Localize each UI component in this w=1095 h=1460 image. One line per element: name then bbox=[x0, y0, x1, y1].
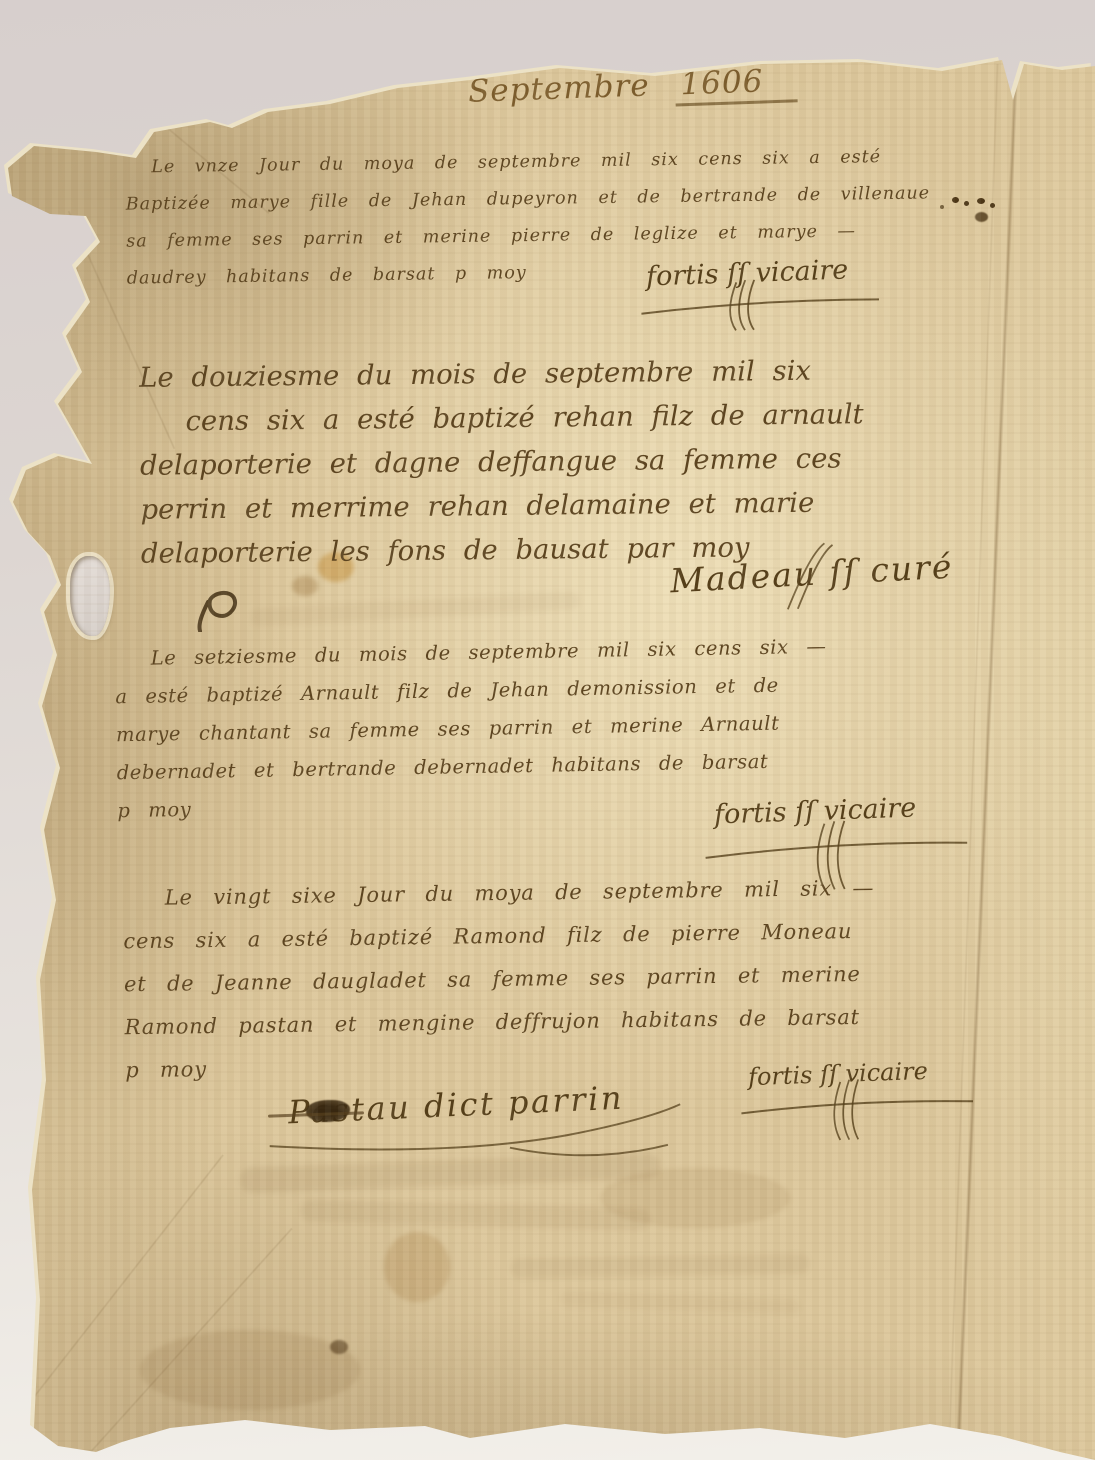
ink-dot bbox=[990, 203, 995, 208]
manuscript-page: Septembre 1606 Le vnze Jour du moya de s… bbox=[0, 0, 1095, 1460]
page-title: Septembre 1606 bbox=[467, 62, 797, 109]
baptism-entry-4: Le vingt sixe Jour du moya de septembre … bbox=[123, 867, 877, 1092]
bleedthrough-ghost-text bbox=[250, 591, 580, 626]
bleedthrough-ghost-text bbox=[300, 1199, 650, 1230]
ink-dot bbox=[940, 205, 944, 209]
bleedthrough-ghost-text bbox=[560, 1291, 800, 1315]
ink-dot bbox=[952, 197, 959, 203]
vicar-signature-3: fortis ſſ vicaire bbox=[748, 1057, 929, 1091]
manuscript-line: perrin et merrime rehan delamaine et mar… bbox=[140, 480, 865, 532]
manuscript-line: Le douziesme du mois de septembre mil si… bbox=[139, 348, 864, 400]
ink-dot bbox=[964, 201, 969, 206]
stain bbox=[292, 576, 318, 596]
paper-hole bbox=[70, 556, 110, 636]
ink-dot bbox=[975, 212, 988, 222]
manuscript-line: delaporterie et dagne deffangue sa femme… bbox=[140, 436, 865, 488]
vicar-signature-2: fortis ſſ vicaire bbox=[714, 792, 917, 830]
photo-backdrop: Septembre 1606 Le vnze Jour du moya de s… bbox=[0, 0, 1095, 1460]
vertical-fold-crease-soft bbox=[948, 64, 999, 1443]
bleedthrough-ghost-text bbox=[240, 1153, 661, 1194]
ink-speck bbox=[330, 1340, 348, 1354]
bleedthrough-ghost-text bbox=[510, 1253, 810, 1278]
paragraph-mark-flourish bbox=[196, 588, 242, 632]
ink-dot bbox=[977, 198, 985, 204]
stain bbox=[140, 1330, 360, 1410]
vertical-fold-crease bbox=[956, 58, 1019, 1439]
manuscript-line: cens six a esté baptizé rehan filz de ar… bbox=[185, 392, 864, 443]
stain bbox=[384, 1232, 450, 1302]
signature-text: fortis ſſ vicaire bbox=[748, 1057, 929, 1091]
baptism-entry-2: Le douziesme du mois de septembre mil si… bbox=[139, 348, 865, 576]
signature-text: fortis ſſ vicaire bbox=[714, 792, 917, 830]
